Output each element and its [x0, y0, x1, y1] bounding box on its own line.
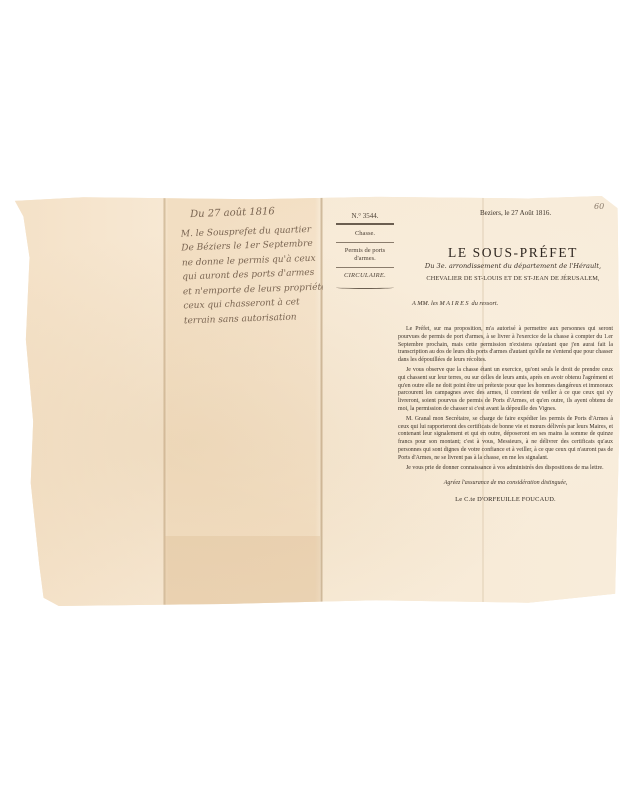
divider — [336, 286, 394, 289]
address-suffix: du ressort. — [472, 300, 499, 307]
margin-topic: Permis de ports d'armes. — [336, 247, 394, 263]
body-paragraph: M. Granal mon Secrétaire, se charge de f… — [398, 416, 613, 463]
signature: Le C.te D'ORFEUILLE FOUCAUD. — [398, 496, 613, 503]
address-recipients: MAIRES — [440, 300, 470, 307]
circular-number: N.° 3544. — [336, 212, 394, 220]
body-paragraph: Le Préfet, sur ma proposition, m'a autor… — [398, 326, 613, 365]
letter-subtitle: Du 3e. arrondissement du département de … — [398, 262, 628, 270]
margin-subject: Chasse. — [336, 230, 394, 238]
address-prefix: A MM. les — [412, 300, 438, 307]
divider — [336, 267, 394, 268]
folio-number: 60 — [594, 202, 604, 211]
letter-title: LE SOUS-PRÉFET — [398, 245, 628, 261]
divider — [336, 242, 394, 243]
letter-honors: CHEVALIER DE ST-LOUIS ET DE ST-JEAN DE J… — [398, 275, 628, 282]
body-paragraph: Je vous prie de donner connaissance à vo… — [398, 465, 613, 473]
margin-summary: N.° 3544. Chasse. Permis de ports d'arme… — [336, 212, 394, 289]
margin-type: CIRCULAIRE. — [336, 272, 394, 280]
paper-stain — [165, 536, 320, 606]
closing-formula: Agréez l'assurance de ma considération d… — [398, 480, 613, 486]
addressee: A MM. les MAIRES du ressort. — [412, 300, 498, 307]
divider — [336, 223, 394, 225]
letter-body: Le Préfet, sur ma proposition, m'a autor… — [398, 326, 613, 474]
handwritten-note: Du 27 août 1816 M. le Sousprefet du quar… — [180, 204, 324, 329]
body-paragraph: Je vous observe que la chasse étant un e… — [398, 367, 613, 414]
place-date: Beziers, le 27 Août 1816. — [480, 209, 551, 217]
